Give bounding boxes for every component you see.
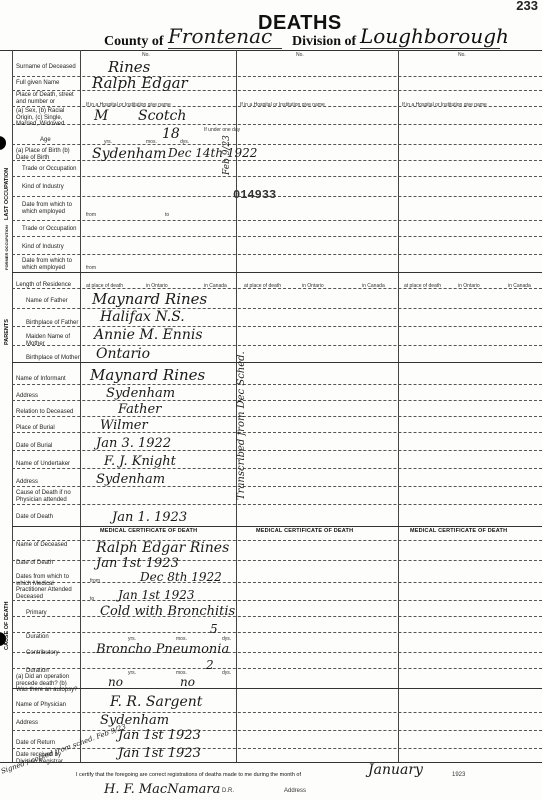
at-place-label: at place of death [404, 283, 441, 289]
row-rule [12, 416, 542, 417]
burial-date-value: Jan 3. 1922 [96, 436, 171, 451]
birth-label: (a) Place of Birth (b) Date of Birth [16, 148, 78, 161]
date-of-death-label: Date of Death [16, 514, 53, 521]
operation-label: (a) Did an operation precede death? (b) … [16, 674, 80, 694]
father-name-label: Name of Father [26, 298, 68, 305]
in-ontario-label: in Ontario [146, 283, 168, 289]
autopsy-value: no [180, 675, 195, 689]
row-rule [12, 712, 542, 713]
row-rule [12, 730, 542, 731]
yrs-label: yrs. [128, 670, 136, 676]
med-date-of-death-value: Jan 1st 1923 [96, 556, 179, 571]
yrs-label: yrs. [104, 139, 112, 145]
cause-of-death-section: CAUSE OF DEATH [4, 602, 10, 650]
attended-label: Dates from which to which Medical Practi… [16, 574, 78, 600]
relation-value: Father [118, 402, 161, 417]
mother-name-value: Annie M. Ennis [94, 327, 203, 343]
row-rule [12, 652, 542, 653]
in-canada-label: in Canada [508, 283, 531, 289]
in-canada-label: in Canada [362, 283, 385, 289]
mos-label: mos. [146, 139, 157, 145]
row-rule [12, 486, 542, 487]
in-ontario-label: in Ontario [302, 283, 324, 289]
row-rule [12, 468, 542, 469]
certified-year: 1923 [452, 772, 465, 778]
date-of-return-label: Date of Return [16, 740, 55, 747]
in-ontario-label: in Ontario [458, 283, 480, 289]
contributory-cause-value: Broncho Pneumonia [96, 642, 229, 657]
father-birthplace-label: Birthplace of Father [26, 320, 78, 327]
father-birthplace-value: Halifax N.S. [100, 309, 185, 325]
former-employed-label: Date from which to which employed [22, 258, 78, 271]
frame-left [12, 50, 13, 762]
row-rule [12, 504, 542, 505]
birthplace-value: Sydenham [92, 146, 166, 162]
med-deceased-value: Ralph Edgar Rines [96, 540, 229, 556]
address-label: Address [16, 393, 38, 400]
attended-from-value: Dec 8th 1922 [140, 570, 222, 584]
duration-label: Duration [26, 634, 49, 641]
burial-place-value: Wilmer [100, 418, 148, 433]
former-occupation-section: FORMER OCCUPATION [4, 225, 9, 270]
label-column-divider [80, 50, 81, 762]
physician-address-label: Address [16, 720, 38, 727]
former-industry-label: Kind of Industry [22, 244, 64, 251]
row-rule [12, 176, 542, 177]
footer-address-label: Address [284, 788, 306, 794]
primary-label: Primary [26, 610, 47, 617]
row-rule [12, 345, 542, 346]
undertaker-address-label: Address [16, 479, 38, 486]
date-of-death-value: Jan 1. 1923 [112, 510, 187, 525]
row-rule [12, 688, 542, 689]
division-value: Loughborough [360, 24, 500, 49]
sex-value: M [94, 108, 108, 124]
row-rule [12, 144, 542, 145]
dys-label: dys. [222, 670, 231, 676]
burial-date-label: Date of Burial [16, 443, 52, 450]
birthdate-value: Dec 14th 1922 [168, 146, 257, 160]
division-label: Division of [292, 34, 356, 50]
mother-birthplace-value: Ontario [96, 346, 150, 362]
row-rule [12, 560, 542, 561]
racial-origin-value: Scotch [138, 108, 186, 124]
employed-label: Date from which to which employed [22, 202, 78, 215]
row-rule [12, 308, 542, 309]
sex-origin-label: (a) Sex, (b) Racial Origin, (c) Single, … [16, 108, 78, 128]
informant-value: Maynard Rines [90, 366, 205, 384]
primary-cause-value: Cold with Bronchitis [100, 604, 235, 619]
hospital-note: If in a Hospital or Institution give nam… [240, 102, 325, 108]
row-rule [12, 362, 542, 363]
med-date-of-death-label: Date of Death [16, 560, 53, 567]
operation-value: no [108, 675, 123, 689]
row-rule [12, 326, 542, 327]
undertaker-label: Name of Undertaker [16, 461, 70, 468]
column-divider [398, 50, 399, 762]
cause-no-physician-label: Cause of Death if no Physician attended [16, 490, 78, 503]
margin-note-transcribed: Transcribed from Dec Sched. [236, 351, 247, 500]
row-rule [12, 450, 542, 451]
registration-stamp: 014933 [233, 188, 276, 202]
row-rule [12, 236, 542, 237]
residence-label: Length of Residence [16, 282, 71, 289]
county-label: County of [104, 34, 164, 50]
death-register-page: 233 DEATHS County of Frontenac Division … [0, 0, 542, 800]
no-label: No. [296, 52, 304, 58]
contributory-label: Contributory [26, 650, 59, 657]
row-rule [12, 196, 542, 197]
given-name-label: Full given Name [16, 80, 59, 87]
mother-birthplace-label: Birthplace of Mother [26, 355, 80, 362]
father-name-value: Maynard Rines [92, 290, 207, 308]
frame-bottom [0, 762, 542, 763]
medical-cert-heading: MEDICAL CERTIFICATE OF DEATH [256, 528, 353, 534]
row-rule [12, 272, 542, 273]
primary-duration-value: 5 [210, 622, 218, 636]
from-label: from [86, 212, 96, 218]
informant-address-value: Sydenham [106, 386, 175, 401]
dys-label: dys. [180, 139, 189, 145]
certified-month: January [368, 762, 423, 778]
to-label: to [165, 212, 169, 218]
physician-label: Name of Physician [16, 702, 66, 709]
physician-value: F. R. Sargent [110, 694, 202, 710]
from-label: from [86, 265, 96, 271]
row-rule [12, 124, 542, 125]
undertaker-value: F. J. Knight [104, 454, 176, 469]
row-rule [12, 400, 542, 401]
registrar-suffix: D.R. [222, 788, 234, 794]
from-label: from [90, 578, 100, 584]
surname-label: Surname of Deceased [16, 64, 76, 71]
row-rule [12, 526, 542, 527]
row-rule [12, 432, 542, 433]
date-received-value: Jan 1st 1923 [118, 746, 201, 761]
at-place-label: at place of death [86, 283, 123, 289]
certification-text: I certify that the foregoing are correct… [76, 772, 301, 778]
row-rule [12, 668, 542, 669]
row-rule [12, 384, 542, 385]
attended-to-value: Jan 1st 1923 [118, 588, 194, 602]
relation-label: Relation to Deceased [16, 409, 73, 416]
physician-address-value: Sydenham [100, 713, 169, 728]
row-rule [12, 616, 542, 617]
to-label: to [90, 596, 94, 602]
medical-cert-heading: MEDICAL CERTIFICATE OF DEATH [410, 528, 507, 534]
industry-label: Kind of Industry [22, 184, 64, 191]
registrar-signature: H. F. MacNamara [104, 782, 220, 797]
informant-label: Name of Informant [16, 376, 66, 383]
place-of-death-label: Place of Death, street and number or [16, 92, 78, 105]
at-place-label: at place of death [244, 283, 281, 289]
row-rule [12, 540, 542, 541]
row-rule [12, 220, 542, 221]
former-trade-label: Trade or Occupation [22, 226, 76, 233]
age-label: Age [40, 137, 51, 144]
frame-top [0, 50, 542, 51]
in-canada-label: in Canada [204, 283, 227, 289]
mother-name-label: Maiden Name of Mother [26, 334, 76, 347]
trade-label: Trade or Occupation [22, 166, 76, 173]
given-name-value: Ralph Edgar [92, 74, 188, 92]
binder-hole [0, 136, 6, 150]
undertaker-address-value: Sydenham [96, 472, 165, 487]
date-of-return-value: Jan 1st 1923 [118, 728, 201, 743]
med-deceased-label: Name of Deceased [16, 542, 67, 549]
parents-section: PARENTS [4, 319, 10, 345]
burial-place-label: Place of Burial [16, 425, 55, 432]
no-label: No. [458, 52, 466, 58]
row-rule [12, 748, 542, 749]
age-days-value: 18 [162, 126, 180, 142]
margin-note-date: Feb 9/23 [222, 135, 232, 175]
last-occupation-section: LAST OCCUPATION [4, 168, 10, 220]
hospital-note: If in a Hospital or Institution give nam… [402, 102, 487, 108]
under-day-label: If under one day [204, 127, 240, 133]
contributory-duration-value: 2 [206, 658, 214, 672]
row-rule [12, 632, 542, 633]
page-number: 233 [516, 0, 538, 13]
row-rule [12, 254, 542, 255]
county-value: Frontenac [168, 24, 282, 49]
medical-cert-heading: MEDICAL CERTIFICATE OF DEATH [100, 528, 197, 534]
